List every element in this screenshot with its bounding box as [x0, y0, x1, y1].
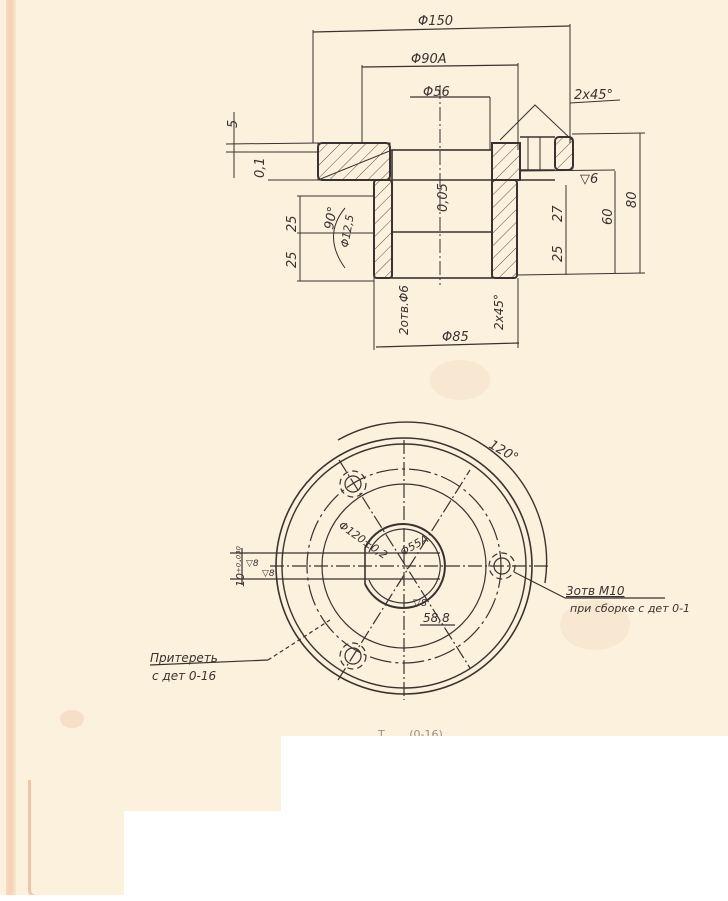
- blank-area: [281, 736, 728, 901]
- dim-d125: Φ12,5: [338, 214, 357, 249]
- dim-h60: 60: [601, 208, 616, 225]
- dim-h5: 5: [226, 120, 241, 128]
- flange-right-inner: [492, 143, 520, 180]
- note-lap-part: с дет 0-16: [152, 669, 216, 683]
- roughness-c: ▽8: [413, 598, 427, 609]
- dim-d120: Φ120±0,2: [336, 519, 390, 562]
- dim-d01: 0,1: [253, 157, 268, 178]
- roughness-b: ▽8: [262, 569, 275, 579]
- dim-d85: Φ85: [442, 330, 469, 345]
- dim-h25-right: 25: [551, 245, 566, 262]
- flange-left-section: [318, 143, 390, 180]
- dim-d55: Φ55A: [398, 532, 431, 558]
- dim-d150: Φ150: [418, 14, 453, 29]
- plan-view: [150, 422, 665, 700]
- note-assembly: при сборке с дет 0-1: [570, 602, 690, 615]
- dim-h27: 27: [551, 205, 566, 222]
- wall-right-section: [492, 180, 517, 278]
- note-holes-m10: 3отв M10: [566, 584, 625, 598]
- dim-angle120: 120°: [486, 437, 521, 466]
- dim-h25-bottom: 25: [285, 251, 300, 268]
- dim-d588: 58,8: [423, 611, 450, 625]
- wall-left-section: [374, 180, 392, 278]
- blank-area: [124, 811, 281, 901]
- dim-tol005: 0,05: [436, 183, 451, 212]
- dim-angle90: 90°: [322, 205, 341, 230]
- dim-chamfer-bottom: 2x45°: [492, 294, 506, 330]
- note-holes-d6: 2отв.Φ6: [397, 285, 411, 335]
- blank-area: [0, 895, 124, 901]
- roughness-a: ▽8: [246, 559, 259, 569]
- roughness-mark: ▽6: [580, 172, 598, 187]
- dim-h80: 80: [625, 191, 640, 208]
- dim-d90: Φ90A: [411, 52, 447, 67]
- dim-chamfer-top: 2x45°: [574, 88, 613, 103]
- dim-h25-top: 25: [285, 215, 300, 232]
- note-lap: Притереть: [150, 651, 218, 665]
- dim-d56: Φ56: [423, 85, 450, 100]
